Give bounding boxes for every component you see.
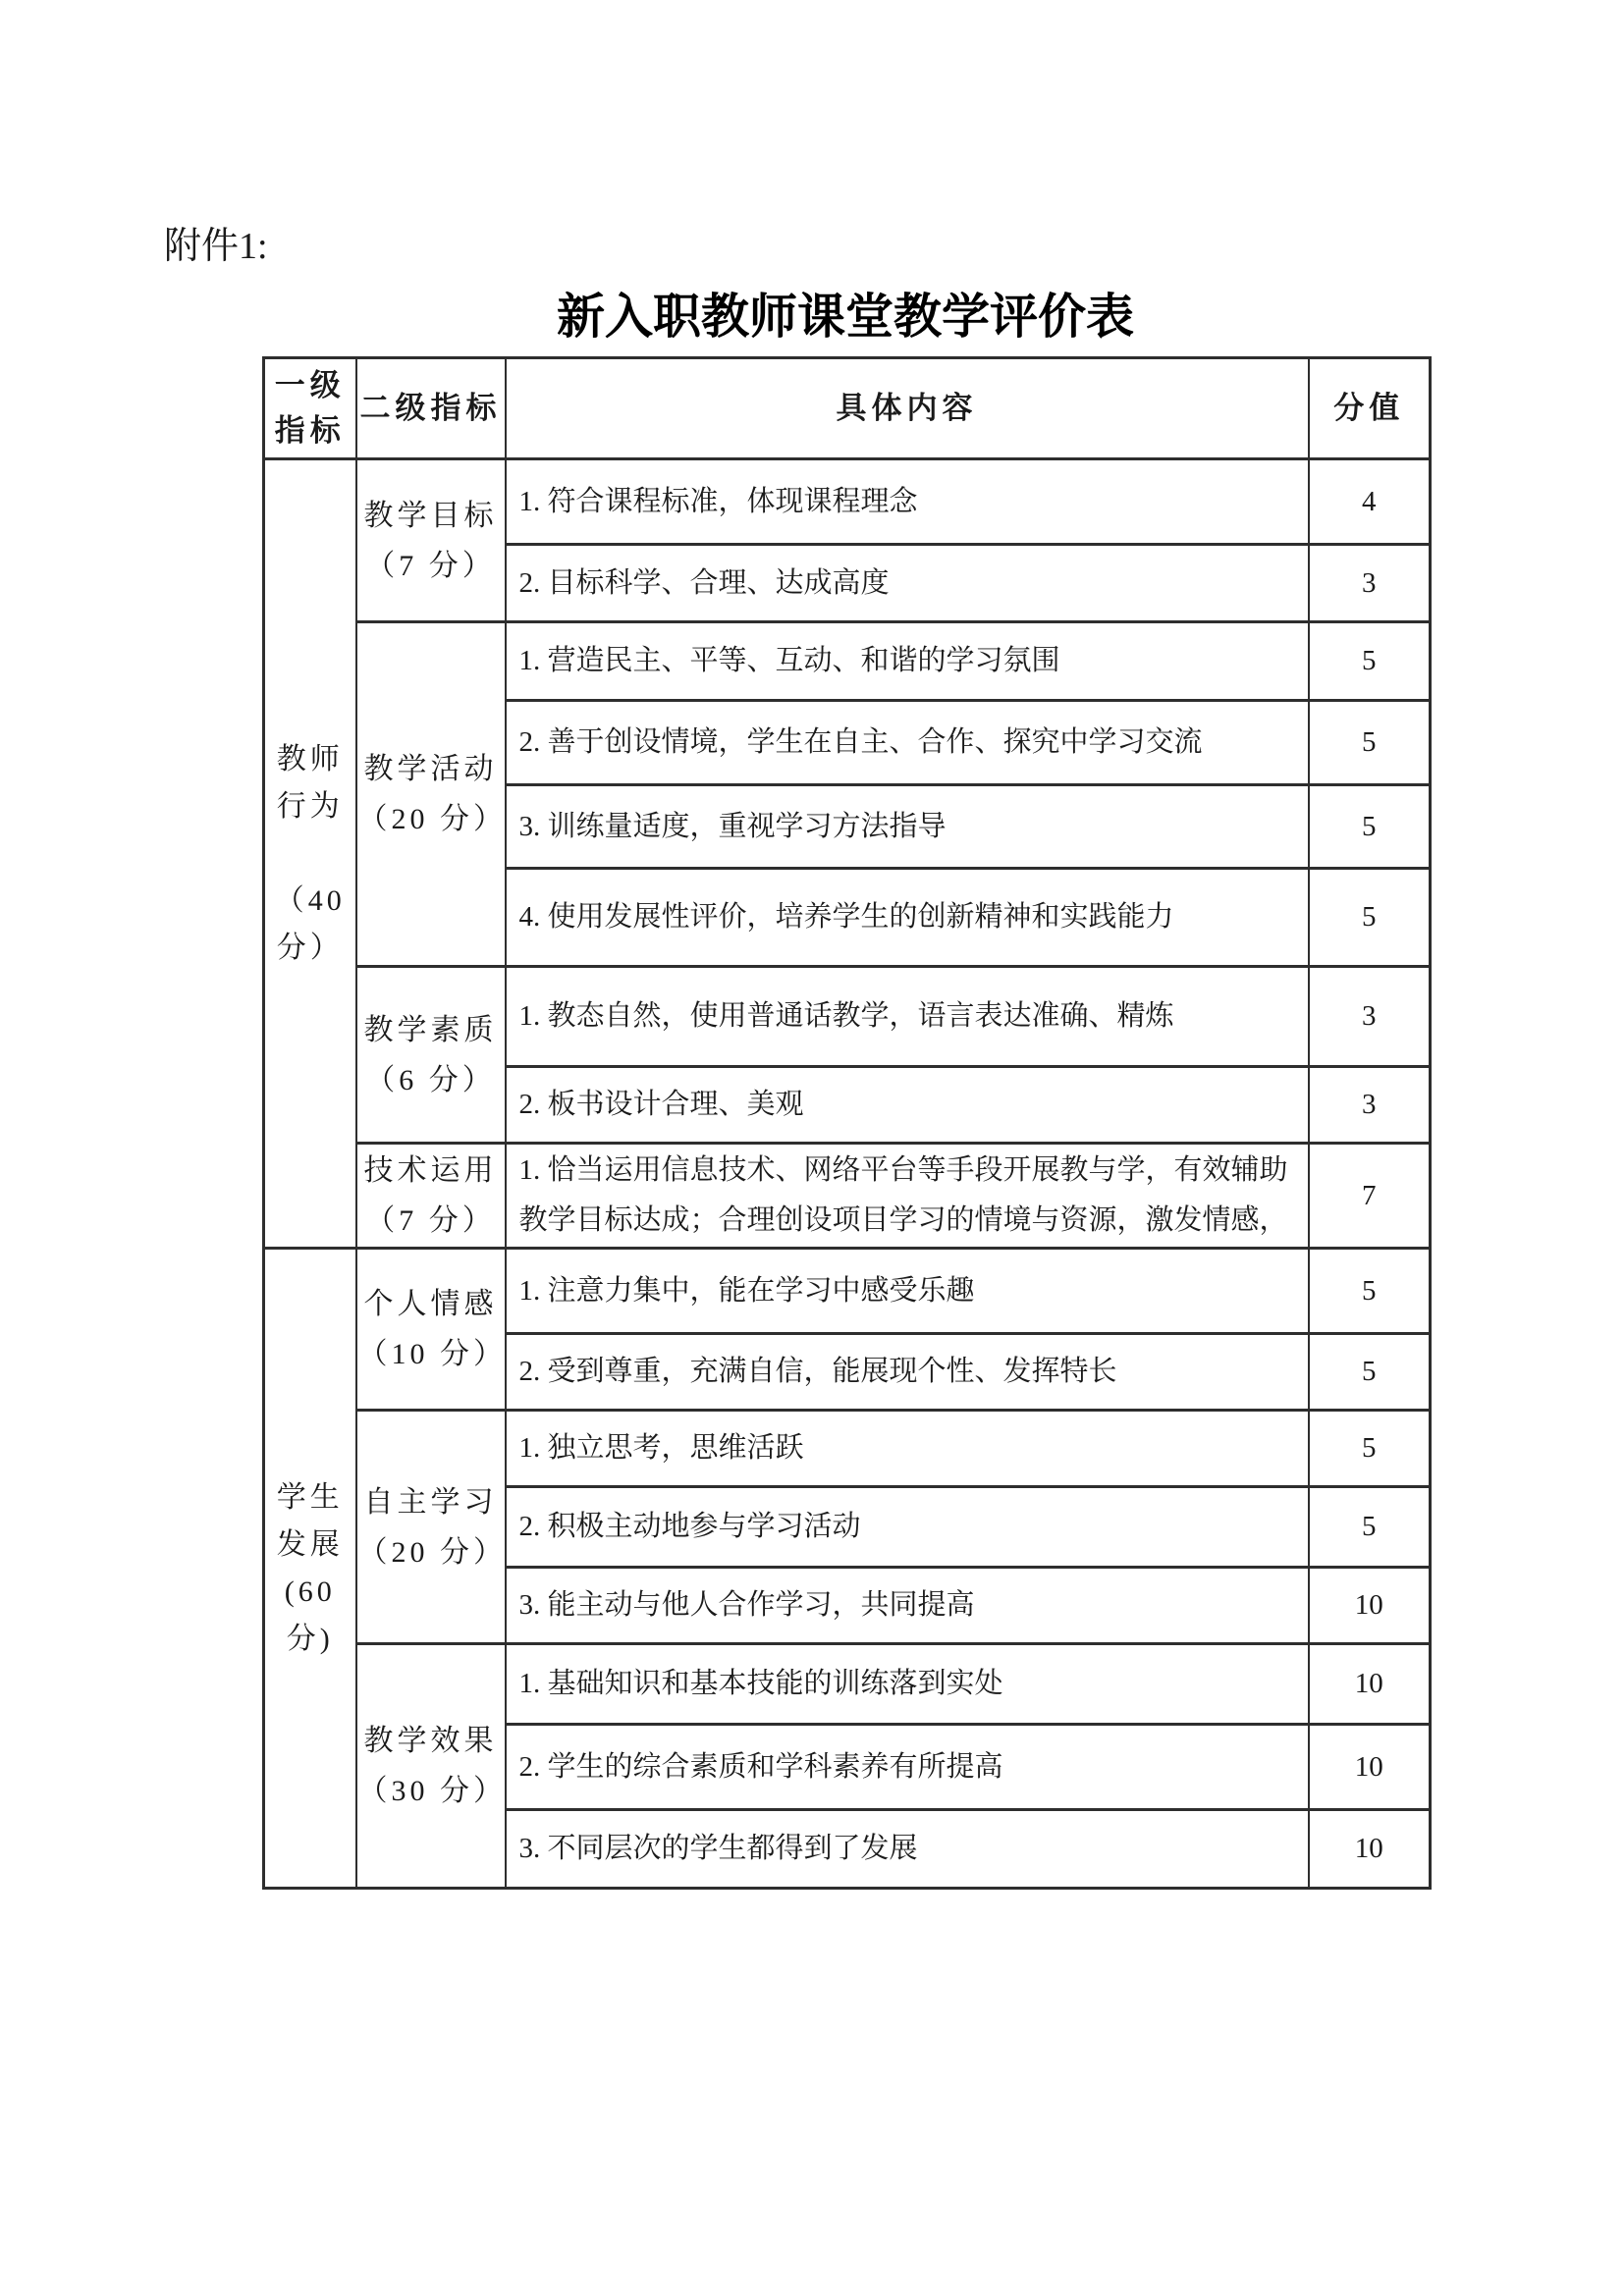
criterion-text: 2. 板书设计合理、美观 xyxy=(506,1067,1309,1144)
criterion-text: 3. 不同层次的学生都得到了发展 xyxy=(506,1810,1309,1889)
criterion-row: 学生 发展 (60 分) 个人情感 （10 分） 1. 注意力集中，能在学习中感… xyxy=(264,1249,1431,1334)
level2-cell-teaching-effect: 教学效果 （30 分） xyxy=(356,1644,506,1889)
criterion-text: 2. 学生的综合素质和学科素养有所提高 xyxy=(506,1725,1309,1810)
criterion-text: 1. 教态自然，使用普通话教学，语言表达准确、精炼 xyxy=(506,967,1309,1067)
criterion-text: 2. 积极主动地参与学习活动 xyxy=(506,1487,1309,1568)
criterion-row: 教学活动 （20 分） 1. 营造民主、平等、互动、和谐的学习氛围 5 xyxy=(264,622,1431,701)
criterion-score: 10 xyxy=(1309,1725,1431,1810)
criterion-score: 10 xyxy=(1309,1810,1431,1889)
criterion-row: 教学效果 （30 分） 1. 基础知识和基本技能的训练落到实处 10 xyxy=(264,1644,1431,1725)
criterion-text: 1. 注意力集中，能在学习中感受乐趣 xyxy=(506,1249,1309,1334)
document-page: 附件1: 新入职教师课堂教学评价表 一级 指标 二级指标 具体内容 分值 教师 … xyxy=(0,0,1624,2296)
criterion-text: 2. 善于创设情境，学生在自主、合作、探究中学习交流 xyxy=(506,701,1309,785)
attachment-label: 附件1: xyxy=(164,227,268,268)
criterion-score: 5 xyxy=(1309,622,1431,701)
level2-cell-teaching-activities: 教学活动 （20 分） xyxy=(356,622,506,967)
criterion-score: 10 xyxy=(1309,1568,1431,1644)
criterion-score: 10 xyxy=(1309,1644,1431,1725)
criterion-score: 3 xyxy=(1309,545,1431,622)
header-cell-content: 具体内容 xyxy=(506,358,1309,459)
criterion-text: 1. 营造民主、平等、互动、和谐的学习氛围 xyxy=(506,622,1309,701)
level2-cell-teaching-goals: 教学目标 （7 分） xyxy=(356,459,506,622)
level2-cell-personal-emotion: 个人情感 （10 分） xyxy=(356,1249,506,1411)
criterion-row: 教师 行为 （40 分） 教学目标 （7 分） 1. 符合课程标准，体现课程理念… xyxy=(264,459,1431,545)
criterion-text: 3. 能主动与他人合作学习，共同提高 xyxy=(506,1568,1309,1644)
criterion-text: 3. 训练量适度，重视学习方法指导 xyxy=(506,785,1309,869)
document-title: 新入职教师课堂教学评价表 xyxy=(262,292,1429,345)
criterion-text: 2. 目标科学、合理、达成高度 xyxy=(506,545,1309,622)
criterion-text: 1. 恰当运用信息技术、网络平台等手段开展教与学，有效辅助 教学目标达成；合理创… xyxy=(506,1144,1309,1249)
criterion-score: 5 xyxy=(1309,701,1431,785)
criterion-row: 技术运用 （7 分） 1. 恰当运用信息技术、网络平台等手段开展教与学，有效辅助… xyxy=(264,1144,1431,1249)
criterion-score: 4 xyxy=(1309,459,1431,545)
criterion-text: 1. 符合课程标准，体现课程理念 xyxy=(506,459,1309,545)
header-cell-level2-indicator: 二级指标 xyxy=(356,358,506,459)
header-cell-level1-indicator: 一级 指标 xyxy=(264,358,356,459)
evaluation-table: 一级 指标 二级指标 具体内容 分值 教师 行为 （40 分） 教学目标 （7 … xyxy=(262,356,1432,1890)
level2-cell-technology-use: 技术运用 （7 分） xyxy=(356,1144,506,1249)
level1-cell-teacher-behavior: 教师 行为 （40 分） xyxy=(264,459,356,1249)
criterion-score: 3 xyxy=(1309,1067,1431,1144)
criterion-score: 5 xyxy=(1309,869,1431,967)
criterion-text: 4. 使用发展性评价，培养学生的创新精神和实践能力 xyxy=(506,869,1309,967)
criterion-score: 5 xyxy=(1309,1411,1431,1487)
criterion-row: 教学素质 （6 分） 1. 教态自然，使用普通话教学，语言表达准确、精炼 3 xyxy=(264,967,1431,1067)
criterion-score: 7 xyxy=(1309,1144,1431,1249)
criterion-score: 5 xyxy=(1309,1487,1431,1568)
level1-cell-student-development: 学生 发展 (60 分) xyxy=(264,1249,356,1889)
criterion-text: 1. 基础知识和基本技能的训练落到实处 xyxy=(506,1644,1309,1725)
criterion-text: 1. 独立思考，思维活跃 xyxy=(506,1411,1309,1487)
table-header-row: 一级 指标 二级指标 具体内容 分值 xyxy=(264,358,1431,459)
criterion-score: 5 xyxy=(1309,1334,1431,1411)
criterion-score: 5 xyxy=(1309,1249,1431,1334)
level2-cell-teaching-quality: 教学素质 （6 分） xyxy=(356,967,506,1144)
level2-cell-autonomous-learning: 自主学习 （20 分） xyxy=(356,1411,506,1644)
header-cell-score: 分值 xyxy=(1309,358,1431,459)
criterion-score: 5 xyxy=(1309,785,1431,869)
criterion-row: 自主学习 （20 分） 1. 独立思考，思维活跃 5 xyxy=(264,1411,1431,1487)
criterion-score: 3 xyxy=(1309,967,1431,1067)
criterion-text: 2. 受到尊重，充满自信，能展现个性、发挥特长 xyxy=(506,1334,1309,1411)
